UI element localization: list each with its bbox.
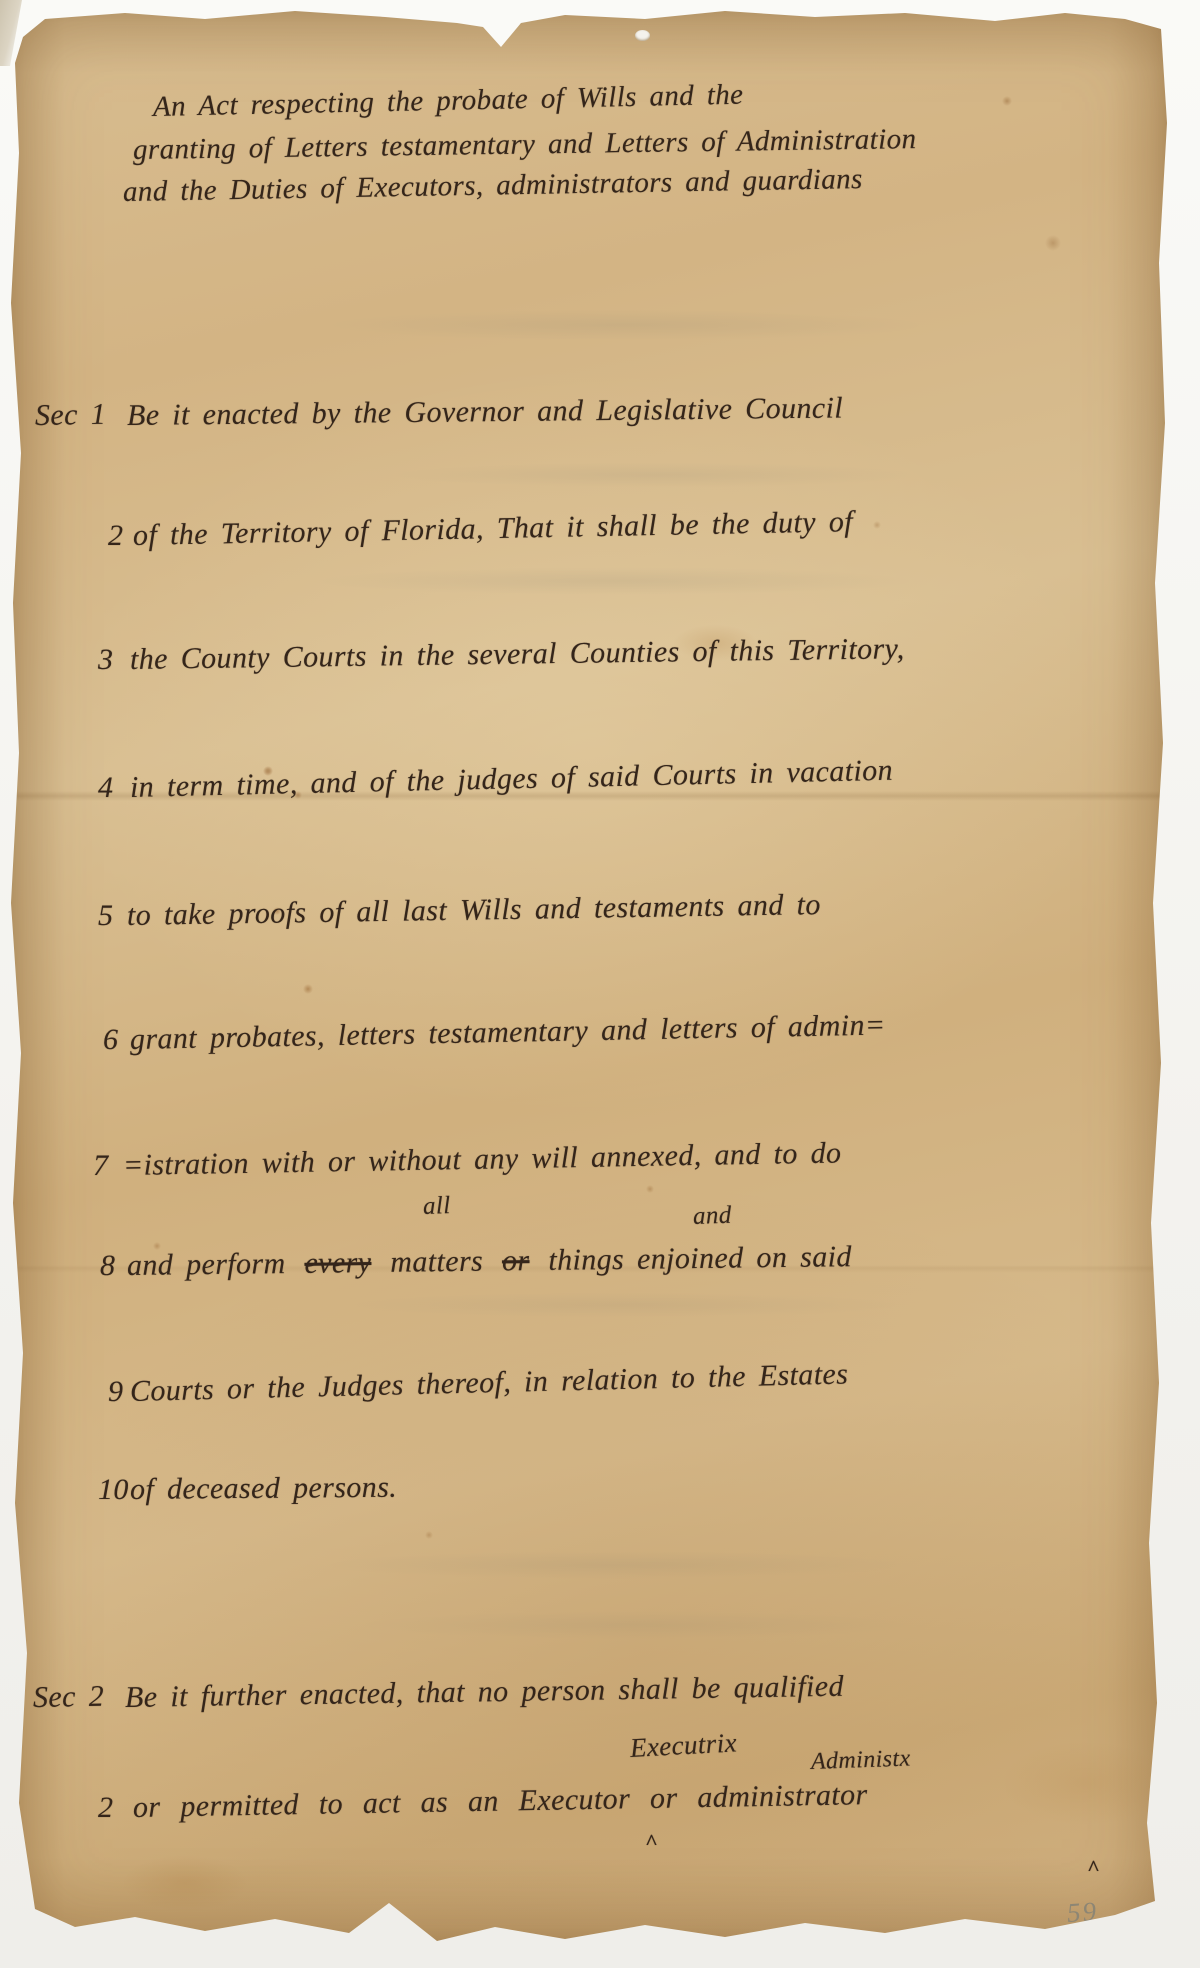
line-number: 3	[98, 643, 113, 677]
manuscript-line: 2 or permitted to act as an Executor or …	[5, 1791, 1169, 1837]
line-text: the County Courts in the several Countie…	[130, 632, 905, 677]
document-title-line-1: An Act respecting the probate of Wills a…	[153, 79, 744, 124]
line-number: 8	[100, 1249, 115, 1283]
strikethrough-word: every	[304, 1246, 371, 1280]
manuscript-line: 5 to take proofs of all last Wills and t…	[5, 899, 1169, 945]
line-number: 2	[98, 1791, 113, 1825]
line-text: to take proofs of all last Wills and tes…	[127, 888, 821, 933]
manuscript-line: 2 of the Territory of Florida, That it s…	[5, 519, 1169, 565]
line-text: of deceased persons.	[130, 1471, 397, 1507]
line-text: grant probates, letters testamentary and…	[130, 1008, 886, 1056]
line-text: Be it enacted by the Governor and Legisl…	[127, 392, 843, 433]
caret-mark: ^	[645, 1829, 658, 1855]
caret-mark: ^	[1087, 1855, 1100, 1881]
manuscript-line: 10 of deceased persons.	[5, 1473, 1169, 1519]
line-number: 6	[103, 1023, 118, 1057]
line-text: Be it further enacted, that no person sh…	[125, 1670, 844, 1715]
inserted-word: Administx	[811, 1746, 911, 1776]
scanner-background: An Act respecting the probate of Wills a…	[0, 0, 1200, 1968]
line-text-part: matters	[390, 1245, 483, 1279]
line-number: 7	[93, 1149, 108, 1183]
line-number: 10	[98, 1473, 129, 1507]
line-text-part: and perform	[127, 1247, 286, 1282]
document-title-line-3: and the Duties of Executors, administrat…	[123, 163, 863, 209]
line-number: 9	[108, 1375, 123, 1409]
paper-hole	[635, 30, 650, 41]
page-number: 59	[1066, 1896, 1099, 1929]
inserted-word: and	[693, 1202, 733, 1231]
section-1-label: Sec 1	[35, 398, 107, 433]
manuscript-line: Sec 2 Be it further enacted, that no per…	[5, 1681, 1169, 1727]
line-text: and perform every matters or things enjo…	[127, 1240, 858, 1283]
line-text: of the Territory of Florida, That it sha…	[133, 505, 854, 553]
section-2-label: Sec 2	[33, 1680, 105, 1715]
strikethrough-word: or	[502, 1244, 530, 1277]
line-number: 5	[98, 899, 113, 933]
manuscript-line: 3 the County Courts in the several Count…	[5, 643, 1169, 689]
manuscript-line-edited: 8 and perform every matters or things en…	[5, 1249, 1169, 1295]
document-title-line-2: granting of Letters testamentary and Let…	[133, 123, 917, 167]
manuscript-line: 7 =istration with or without any will an…	[5, 1149, 1169, 1195]
line-text: in term time, and of the judges of said …	[130, 754, 894, 805]
manuscript-line: 9 Courts or the Judges thereof, in relat…	[5, 1375, 1169, 1421]
manuscript-line: Sec 1 Be it enacted by the Governor and …	[5, 399, 1169, 445]
manuscript-page: An Act respecting the probate of Wills a…	[5, 3, 1169, 1947]
line-text: Courts or the Judges thereof, in relatio…	[130, 1357, 849, 1409]
line-text: =istration with or without any will anne…	[123, 1136, 842, 1183]
line-number: 2	[108, 519, 123, 553]
inserted-word: Executrix	[629, 1727, 738, 1764]
line-number: 4	[98, 771, 113, 805]
manuscript-line: 6 grant probates, letters testamentary a…	[5, 1023, 1169, 1069]
manuscript-line: 4 in term time, and of the judges of sai…	[5, 771, 1169, 817]
inserted-word: all	[423, 1192, 452, 1221]
line-text-part: things enjoined on said	[548, 1240, 852, 1277]
line-text: or permitted to act as an Executor or ad…	[133, 1778, 868, 1825]
